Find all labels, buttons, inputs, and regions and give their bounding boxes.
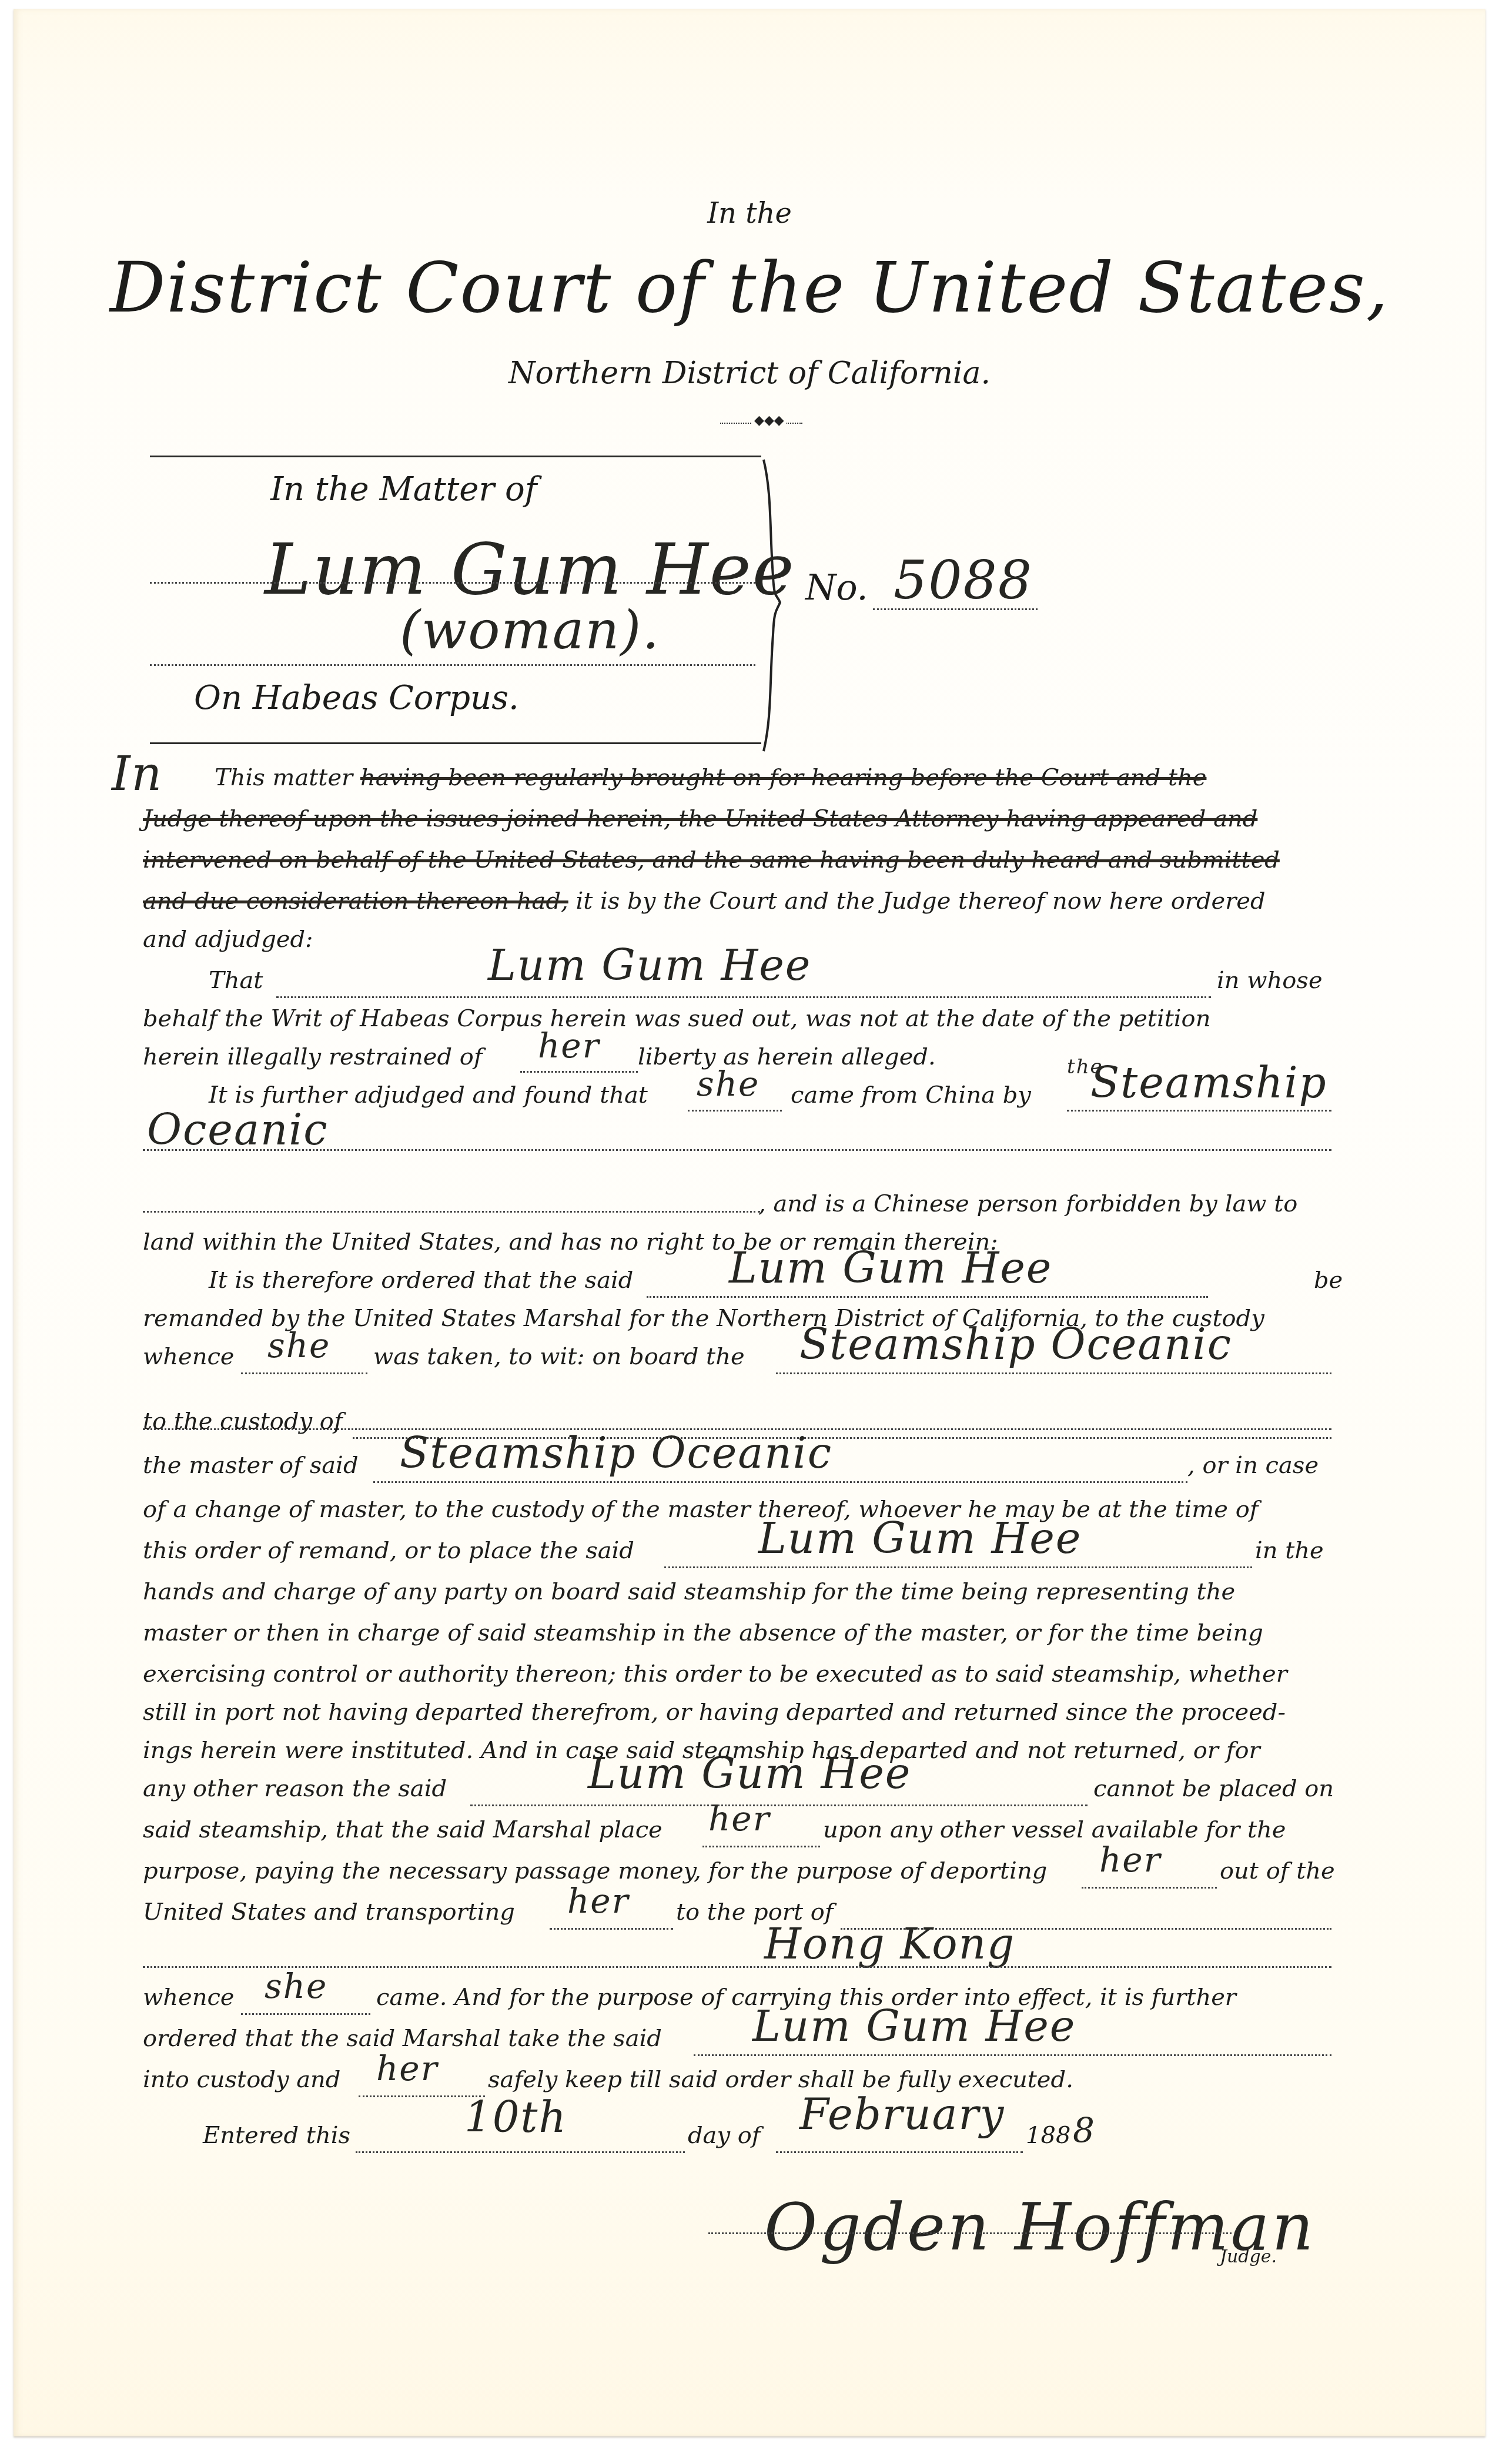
- remand-name-line: [664, 1566, 1252, 1568]
- text-came-from-china: came from China by: [791, 1082, 1031, 1109]
- body-line-4: and due consideration thereon had, it is…: [143, 888, 1266, 915]
- take-name-line: [694, 2054, 1331, 2056]
- text-upon-any-other-vessel: upon any other vessel available for the: [823, 1816, 1286, 1843]
- struck-text: having been regularly brought on for hea…: [360, 764, 1207, 791]
- ornament-icon: ◆◆◆: [752, 413, 786, 428]
- came-pronoun: she: [265, 1966, 327, 2006]
- year-suffix: 8: [1073, 2110, 1096, 2150]
- ordered-name: Lum Gum Hee: [729, 1243, 1052, 1293]
- us-pronoun: her: [567, 1881, 629, 1921]
- other-name-line: [470, 1805, 1088, 1806]
- vessel-1-line-c: [143, 1211, 760, 1213]
- petitioner-note: (woman).: [400, 600, 660, 661]
- struck-text: and due consideration thereon had,: [143, 888, 568, 915]
- custody-pronoun: her: [376, 2048, 438, 2088]
- body-line-2-struck: Judge thereof upon the issues joined her…: [143, 805, 1257, 832]
- whence-pronoun-line: [241, 1372, 367, 1374]
- vessel-1-oceanic: Oceanic: [147, 1105, 329, 1154]
- restrained-pronoun: her: [538, 1026, 600, 1066]
- judge-label: Judge.: [1220, 2247, 1277, 2267]
- text-into-custody: into custody and: [143, 2066, 340, 2093]
- body-line-adjudged: and adjudged:: [143, 926, 313, 953]
- text-or-in-case: , or in case: [1187, 1452, 1319, 1479]
- purpose-pronoun-line: [1082, 1887, 1217, 1889]
- ordered-name-line: [647, 1296, 1208, 1298]
- text-out-of-the: out of the: [1220, 1857, 1335, 1884]
- text-be: be: [1314, 1267, 1343, 1294]
- further-pronoun: she: [697, 1064, 759, 1104]
- that-label: That: [209, 967, 263, 994]
- on-habeas-corpus-label: On Habeas Corpus.: [194, 679, 519, 717]
- text-cannot-be-placed: cannot be placed on: [1093, 1775, 1334, 1802]
- ornament-divider: ◆◆◆: [720, 420, 802, 426]
- district-title: Northern District of California.: [0, 356, 1499, 391]
- take-name: Lum Gum Hee: [752, 2001, 1076, 2051]
- text-whence: whence: [143, 1343, 235, 1370]
- purpose-pronoun: her: [1099, 1840, 1161, 1880]
- case-number-label: No.: [805, 567, 868, 608]
- text-whence-came: whence: [143, 1984, 235, 2011]
- month-line: [776, 2151, 1023, 2153]
- vessel-1-line-a: [1067, 1110, 1331, 1112]
- case-number: 5088: [894, 550, 1033, 611]
- year-prefix: 188: [1026, 2122, 1070, 2149]
- us-pronoun-line: [550, 1928, 673, 1930]
- case-number-line: [873, 608, 1038, 610]
- body-line-exercising: exercising control or authority thereon;…: [143, 1660, 1287, 1688]
- restrained-pronoun-line: [520, 1071, 638, 1073]
- text-this-matter: This matter: [215, 764, 353, 791]
- text-any-other-reason: any other reason the said: [143, 1775, 447, 1802]
- vessel-2: Steamship Oceanic: [799, 1320, 1232, 1369]
- text-in-whose: in whose: [1217, 967, 1323, 994]
- text-chinese-person: , and is a Chinese person forbidden by l…: [758, 1190, 1297, 1217]
- body-line-still: still in port not having departed theref…: [143, 1699, 1286, 1726]
- header-in-the: In the: [0, 197, 1499, 230]
- day-of-label: day of: [688, 2122, 761, 2149]
- that-name: Lum Gum Hee: [488, 940, 811, 990]
- text-restrained: herein illegally restrained of: [143, 1043, 483, 1070]
- text-ordered: it is by the Court and the Judge thereof…: [575, 888, 1265, 915]
- petitioner-name: Lum Gum Hee: [265, 529, 795, 611]
- body-line-hands: hands and charge of any party on board s…: [143, 1578, 1235, 1605]
- caption-name-line: [150, 582, 755, 584]
- body-line-master: master or then in charge of said steamsh…: [143, 1619, 1263, 1646]
- vessel-1-steamship: Steamship: [1090, 1058, 1327, 1107]
- signature-line: [708, 2232, 1232, 2234]
- marshal-pronoun-line: [702, 1846, 820, 1847]
- vessel-2-line: [776, 1372, 1331, 1374]
- further-pronoun-line: [688, 1110, 782, 1112]
- caption-top-rule: [150, 456, 761, 457]
- remand-name: Lum Gum Hee: [758, 1514, 1082, 1563]
- body-line-1: This matter having been regularly brough…: [215, 764, 1206, 791]
- in-the-matter-of-label: In the Matter of: [270, 470, 537, 508]
- marshal-pronoun: her: [708, 1799, 770, 1839]
- body-line-behalf: behalf the Writ of Habeas Corpus herein …: [143, 1005, 1210, 1032]
- handwritten-insert-in: In: [112, 746, 163, 801]
- text-transporting: United States and transporting: [143, 1899, 515, 1926]
- whence-pronoun: she: [267, 1325, 330, 1365]
- vessel-3-line: [373, 1481, 1187, 1483]
- text-to-the-custody-of: to the custody of: [143, 1408, 343, 1435]
- other-name: Lum Gum Hee: [588, 1749, 911, 1798]
- caption-bottom-rule: [150, 742, 761, 744]
- that-name-line: [276, 996, 1211, 998]
- text-in-the: in the: [1255, 1537, 1324, 1564]
- text-liberty: liberty as herein alleged.: [638, 1043, 936, 1070]
- body-line-change: of a change of master, to the custody of…: [143, 1496, 1259, 1523]
- entry-day: 10th: [464, 2093, 567, 2142]
- text-order-of-remand: this order of remand, or to place the sa…: [143, 1537, 634, 1564]
- body-line-3-struck: intervened on behalf of the United State…: [143, 846, 1280, 873]
- text-said-steamship-marshal: said steamship, that the said Marshal pl…: [143, 1816, 662, 1843]
- vessel-1-line-b: [143, 1149, 1331, 1151]
- text-therefore-ordered: It is therefore ordered that the said: [209, 1267, 633, 1294]
- entry-month: February: [799, 2090, 1005, 2139]
- port-name: Hong Kong: [764, 1919, 1015, 1968]
- day-line: [356, 2151, 685, 2153]
- vessel-3: Steamship Oceanic: [400, 1428, 832, 1478]
- entered-this-label: Entered this: [203, 2122, 350, 2149]
- text-was-taken: was taken, to wit: on board the: [373, 1343, 745, 1370]
- came-pronoun-line: [241, 2013, 370, 2015]
- caption-note-line: [150, 664, 755, 666]
- court-title: District Court of the United States,: [0, 247, 1499, 328]
- text-master-of-said: the master of said: [143, 1452, 358, 1479]
